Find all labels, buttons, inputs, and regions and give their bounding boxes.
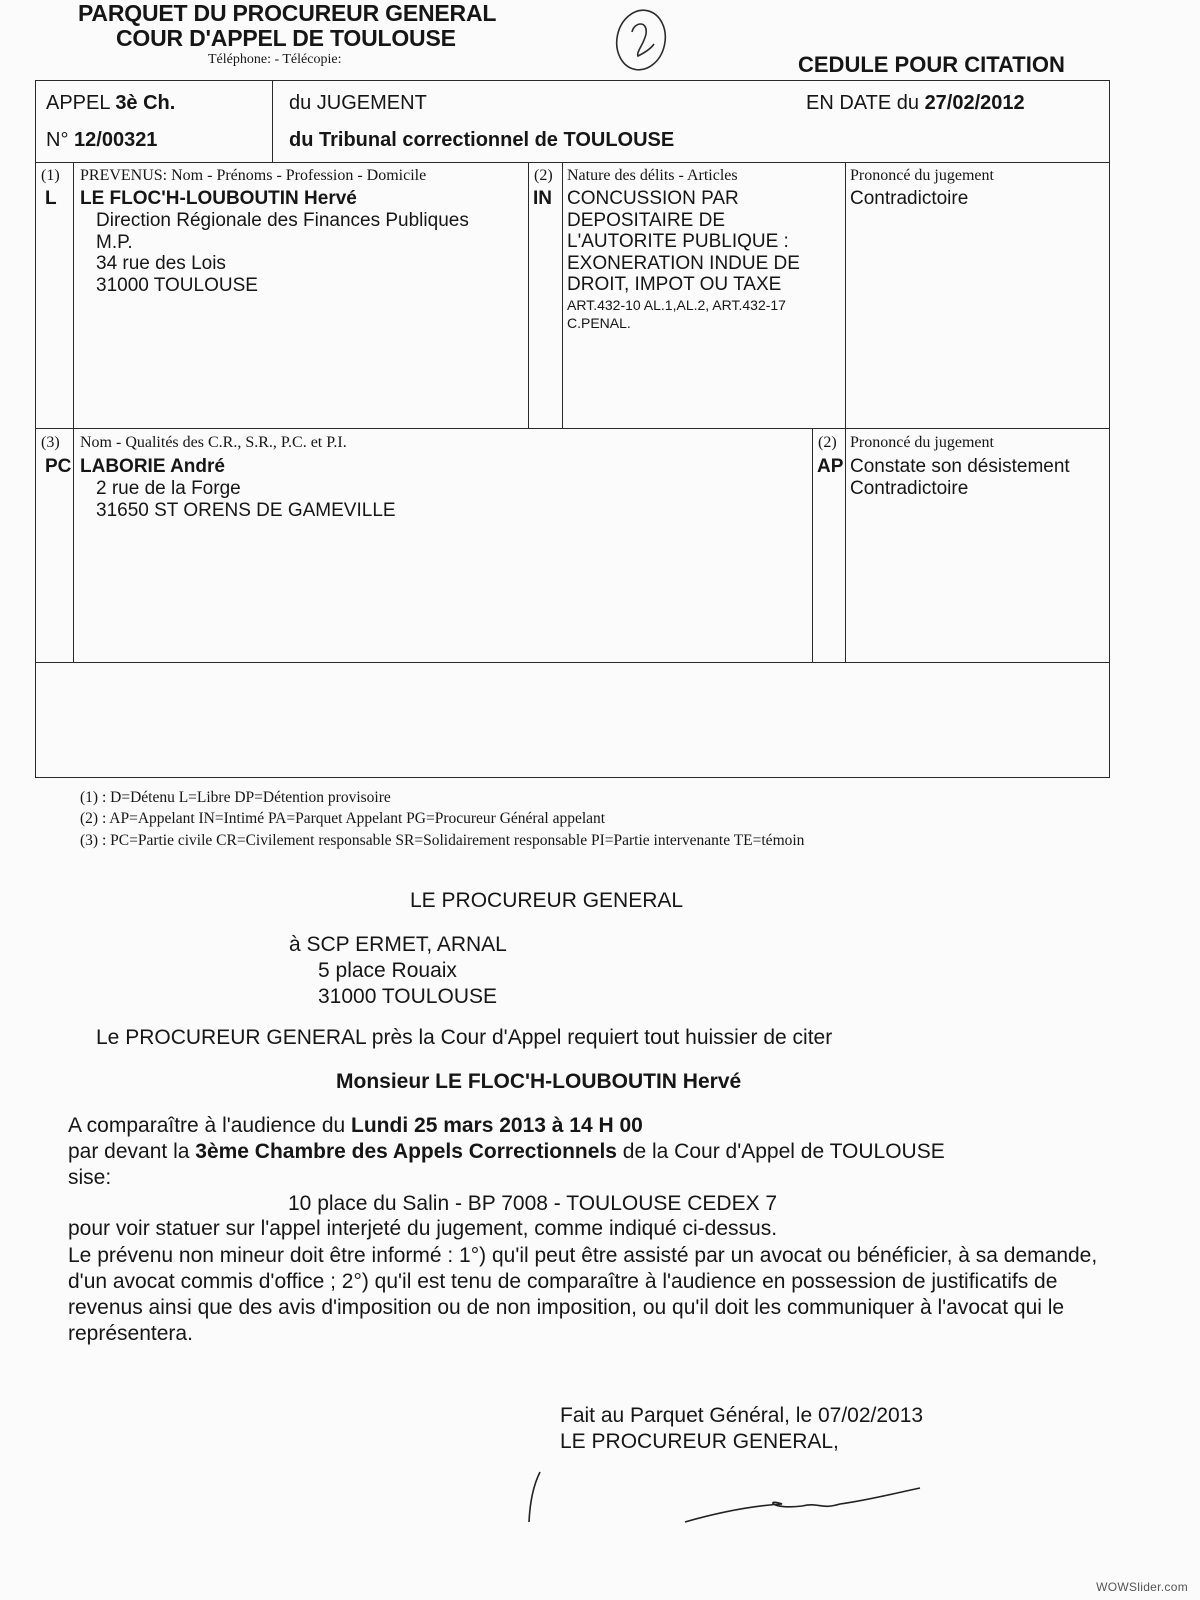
offense-label: Nature des délits - Articles <box>567 167 738 185</box>
hearing-date-line: A comparaître à l'audience du Lundi 25 m… <box>68 1113 1128 1139</box>
court-name: du Tribunal correctionnel de TOULOUSE <box>289 129 674 152</box>
recipient: à SCP ERMET, ARNAL 5 place Rouaix 31000 … <box>289 932 507 1010</box>
request-text: Le PROCUREUR GENERAL près la Cour d'Appe… <box>96 1026 832 1050</box>
party-verdict-label: Prononcé du jugement <box>850 434 994 452</box>
appeal-code: AP <box>817 456 843 478</box>
offense-description: CONCUSSION PAR DEPOSITAIRE DE L'AUTORITE… <box>567 188 800 296</box>
notice-text: Le prévenu non mineur doit être informé … <box>68 1243 1128 1347</box>
verdict: Contradictoire <box>850 188 968 210</box>
civil-party-name: LABORIE André <box>80 456 225 478</box>
appeal-chamber: APPEL 3è Ch. <box>46 92 175 115</box>
summoned-person: Monsieur LE FLOC'H-LOUBOUTIN Hervé <box>336 1070 741 1094</box>
purpose-text: pour voir statuer sur l'appel interjeté … <box>68 1217 777 1241</box>
court-title: COUR D'APPEL DE TOULOUSE <box>116 25 456 52</box>
status-code: L <box>45 188 57 210</box>
issuer: LE PROCUREUR GENERAL <box>410 889 683 913</box>
party-role-note: (3) <box>41 434 60 452</box>
document-type: CEDULE POUR CITATION <box>798 52 1065 78</box>
defendant-name: LE FLOC'H-LOUBOUTIN Hervé <box>80 188 357 210</box>
party-verdict: Constate son désistement Contradictoire <box>850 456 1070 499</box>
signature-scribble-icon <box>520 1470 940 1540</box>
signature-block: Fait au Parquet Général, le 07/02/2013 L… <box>560 1403 923 1455</box>
civil-party-label: Nom - Qualités des C.R., S.R., P.C. et P… <box>80 434 347 452</box>
watermark: WOWSlider.com <box>1096 1580 1188 1594</box>
chamber-line: par devant la 3ème Chambre des Appels Co… <box>68 1139 1128 1165</box>
judgment-date: EN DATE du 27/02/2012 <box>806 92 1025 115</box>
defendant-label: PREVENUS: Nom - Prénoms - Profession - D… <box>80 167 426 185</box>
contact-line: Téléphone: - Télécopie: <box>208 52 341 68</box>
role-code: IN <box>533 188 552 210</box>
hearing-details: A comparaître à l'audience du Lundi 25 m… <box>68 1113 1128 1217</box>
party-role-code: PC <box>45 456 71 478</box>
defendant-address: Direction Régionale des Finances Publiqu… <box>96 210 469 296</box>
civil-party-address: 2 rue de la Forge 31650 ST ORENS DE GAME… <box>96 478 396 521</box>
role-note: (2) <box>534 167 553 185</box>
legend-status: (1) : D=Détenu L=Libre DP=Détention prov… <box>80 789 391 807</box>
legend-parties: (3) : PC=Partie civile CR=Civilement res… <box>80 832 804 850</box>
office-title: PARQUET DU PROCUREUR GENERAL <box>78 0 496 27</box>
verdict-label: Prononcé du jugement <box>850 167 994 185</box>
offense-articles: ART.432-10 AL.1,AL.2, ART.432-17 C.PENAL… <box>567 296 786 332</box>
judgment-label: du JUGEMENT <box>289 92 427 115</box>
status-note: (1) <box>41 167 60 185</box>
appeal-note: (2) <box>818 434 837 452</box>
case-number: N° 12/00321 <box>46 129 157 152</box>
handwritten-circled-number-icon <box>608 4 678 74</box>
court-address: 10 place du Salin - BP 7008 - TOULOUSE C… <box>68 1191 1128 1217</box>
legend-roles: (2) : AP=Appelant IN=Intimé PA=Parquet A… <box>80 810 605 828</box>
